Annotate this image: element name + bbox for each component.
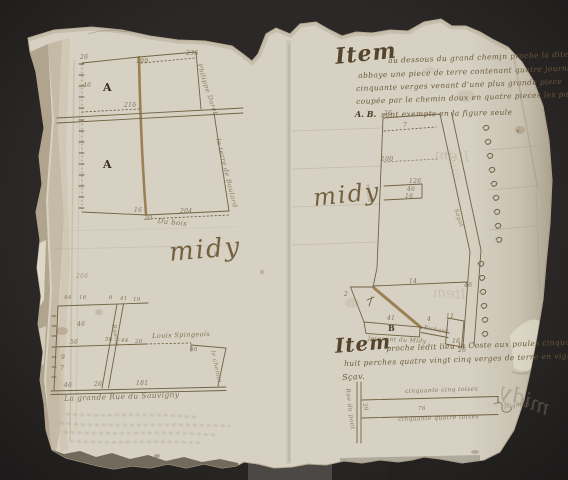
measurement: 100 bbox=[381, 157, 393, 163]
measurement: 199 bbox=[136, 59, 148, 65]
measurement: 19 bbox=[133, 298, 141, 304]
measurement: 44 bbox=[121, 339, 129, 345]
left-parcel-label-a-upper: A bbox=[103, 82, 112, 93]
measurement: 7 bbox=[403, 123, 407, 129]
measurement: 216 bbox=[124, 103, 136, 109]
lane-annotation: ruelle bbox=[364, 184, 372, 203]
measurement: 126 bbox=[409, 179, 421, 185]
item2-heading: Item bbox=[334, 331, 392, 356]
measurement: 41 bbox=[387, 316, 395, 322]
measurement: 266 bbox=[76, 274, 88, 280]
measurement: 88 bbox=[190, 348, 198, 354]
measurement: 204 bbox=[180, 209, 192, 215]
measurement: 16 bbox=[79, 296, 87, 302]
measurement: 56 bbox=[70, 340, 78, 346]
bleed-through-text: Item bbox=[432, 286, 466, 302]
measurement: 9 bbox=[61, 355, 65, 361]
item1-line: sont exempts en la figure seule bbox=[381, 109, 512, 119]
measurement: 26 bbox=[135, 340, 143, 346]
measurement: 46 bbox=[83, 83, 91, 89]
measurement: 26 bbox=[384, 111, 392, 117]
measurement: 26 bbox=[94, 382, 102, 388]
measurement: 11 bbox=[446, 314, 454, 320]
item2-line: Sçav. bbox=[342, 373, 365, 382]
measurement: 44 bbox=[64, 296, 72, 302]
measurement: 29 bbox=[361, 403, 368, 412]
measurement: 26 bbox=[80, 55, 88, 61]
measurement: 7 bbox=[60, 366, 64, 372]
measurement: 76 bbox=[418, 407, 426, 413]
measurement: 46 bbox=[64, 383, 72, 389]
left-parcel-label-a-lower: A bbox=[103, 159, 112, 170]
measurement: 14 bbox=[409, 279, 417, 285]
measurement: 46 bbox=[77, 322, 85, 328]
measurement: 6 bbox=[109, 296, 113, 302]
measurement: 41 bbox=[120, 297, 128, 303]
measurement: 56 bbox=[105, 338, 113, 344]
manuscript-scan: A A 26 199 236 46 216 16 204 20 Philippe… bbox=[0, 0, 568, 480]
orientation-label-midy-left: midy bbox=[168, 234, 242, 266]
measurement: 2 bbox=[344, 292, 348, 298]
measurement: 16 bbox=[134, 208, 142, 214]
measurement: 20 bbox=[144, 216, 152, 222]
owner-annotation: Louis Spingeois bbox=[152, 331, 210, 340]
measurement: 4 bbox=[427, 317, 431, 323]
item1-ab-label: A. B. bbox=[355, 110, 376, 118]
measurement: 181 bbox=[136, 381, 148, 387]
measurement: 16 bbox=[405, 194, 413, 200]
measurement: 236 bbox=[186, 51, 198, 57]
